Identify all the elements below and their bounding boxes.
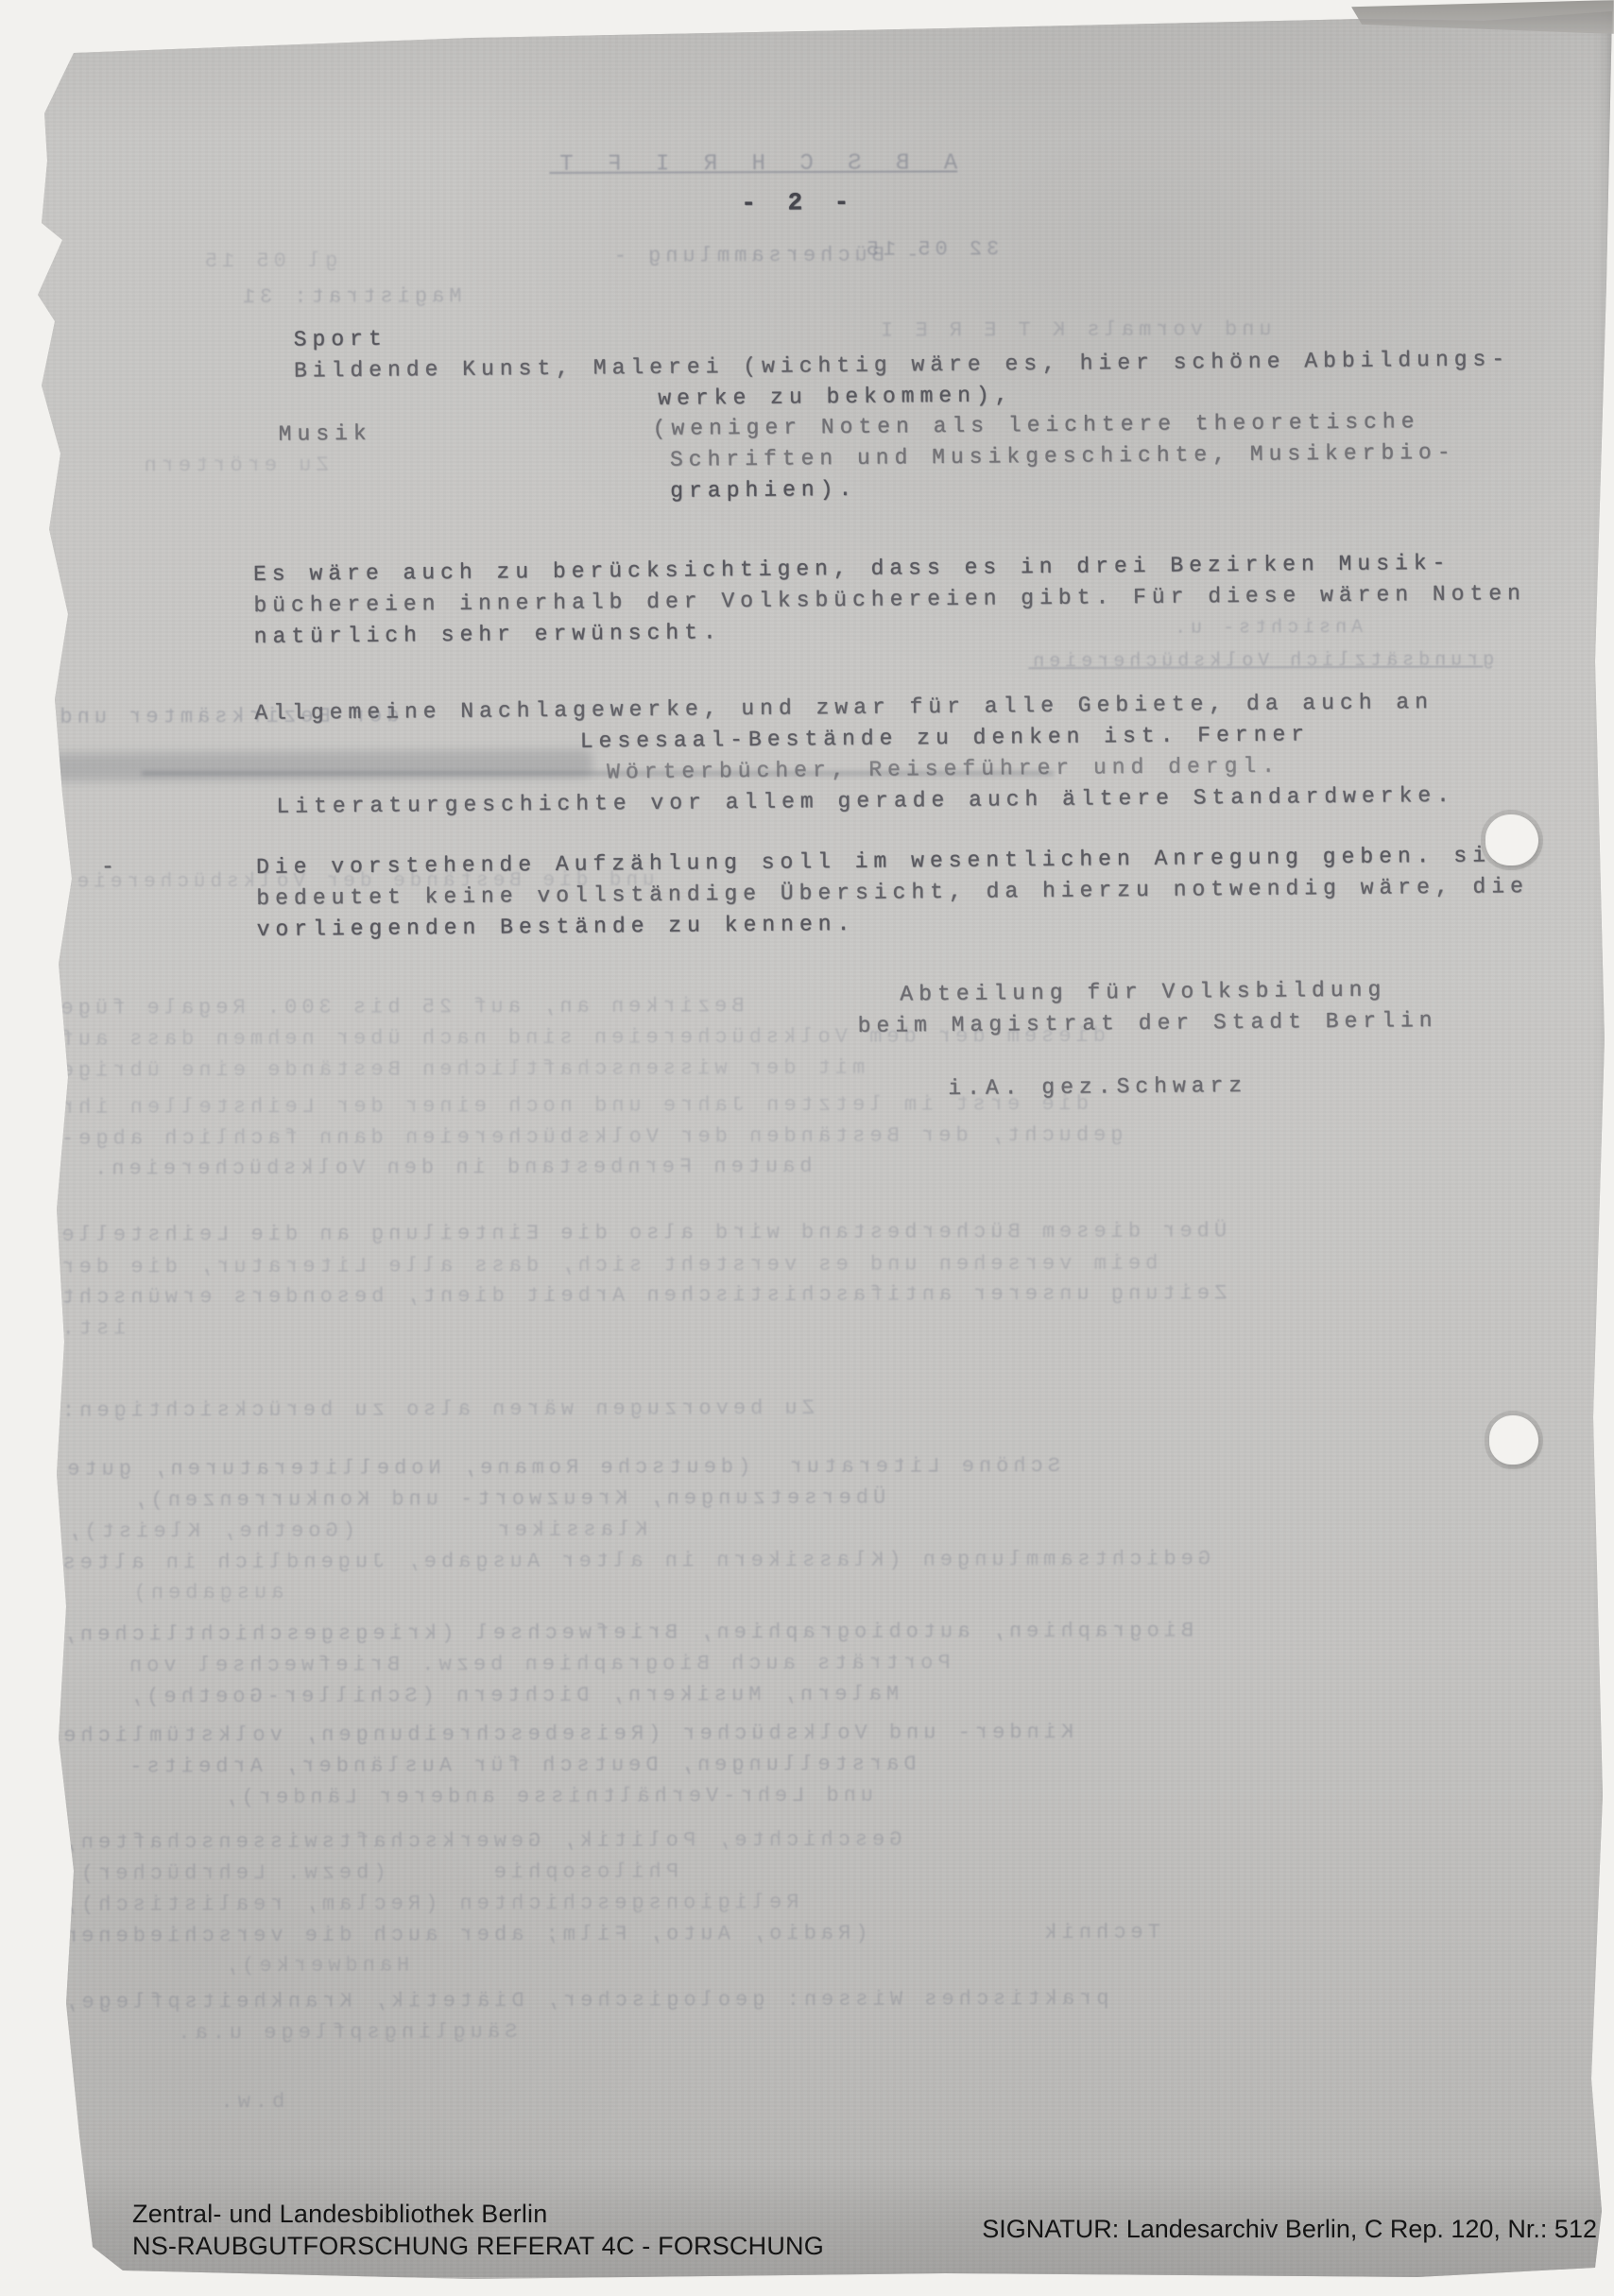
typed-line: Musik bbox=[279, 421, 372, 447]
provenance-caption-line1: Zentral- und Landesbibliothek Berlin bbox=[132, 2198, 824, 2230]
typed-line: Schriften und Musikgeschichte, Musikerbi… bbox=[670, 440, 1456, 472]
typed-line: natürlich sehr erwünscht. bbox=[254, 620, 722, 649]
typed-line: werke zu bekommen), bbox=[658, 383, 1013, 411]
provenance-caption-line2: NS-RAUBGUTFORSCHUNG REFERAT 4C - FORSCHU… bbox=[132, 2230, 824, 2262]
punch-hole-bottom bbox=[1489, 1415, 1538, 1465]
typed-line: Es wäre auch zu berücksichtigen, dass es… bbox=[253, 551, 1451, 587]
typed-line: - 2 - bbox=[741, 188, 857, 217]
typed-line: i.A. gez.Schwarz bbox=[948, 1073, 1247, 1101]
typed-line: beim Magistrat der Stadt Berlin bbox=[858, 1008, 1438, 1038]
punch-hole-top bbox=[1485, 814, 1538, 865]
typed-line: Literaturgeschichte vor allem gerade auc… bbox=[276, 783, 1455, 819]
typed-line: Sport bbox=[294, 327, 387, 352]
scanned-document: A B S C H R I F Tgl 05 15- Büchersammlun… bbox=[0, 0, 1614, 2296]
typed-line: (weniger Noten als leichtere theoretisch… bbox=[652, 409, 1419, 441]
typed-line: Wörterbücher, Reiseführer und dergl. bbox=[607, 754, 1280, 785]
typed-line: vorliegenden Bestände zu kennen. bbox=[257, 912, 856, 942]
typed-line: Allgemeine Nachlagewerke, und zwar für a… bbox=[254, 690, 1434, 726]
signature-caption: SIGNATUR: Landesarchiv Berlin, C Rep. 12… bbox=[982, 2215, 1597, 2244]
typed-text-layer: - 2 -SportBildende Kunst, Malerei (wicht… bbox=[0, 0, 1614, 2296]
typed-line: Lesesaal-Bestände zu denken ist. Ferner bbox=[580, 722, 1311, 753]
provenance-caption: Zentral- und Landesbibliothek Berlin NS-… bbox=[132, 2198, 824, 2262]
typed-line: Die vorstehende Aufzählung soll im wesen… bbox=[256, 843, 1510, 880]
typed-line: - bbox=[101, 854, 120, 879]
typed-line: bedeutet keine vollständige Übersicht, d… bbox=[256, 874, 1529, 911]
paper-sheet: A B S C H R I F Tgl 05 15- Büchersammlun… bbox=[0, 0, 1614, 2296]
typed-line: Bildende Kunst, Malerei (wichtig wäre es… bbox=[294, 347, 1510, 383]
typed-line: graphien). bbox=[670, 477, 857, 504]
typed-line: Abteilung für Volksbildung bbox=[900, 978, 1386, 1007]
typed-line: büchereien innerhalb der Volksbüchereien… bbox=[253, 581, 1526, 618]
